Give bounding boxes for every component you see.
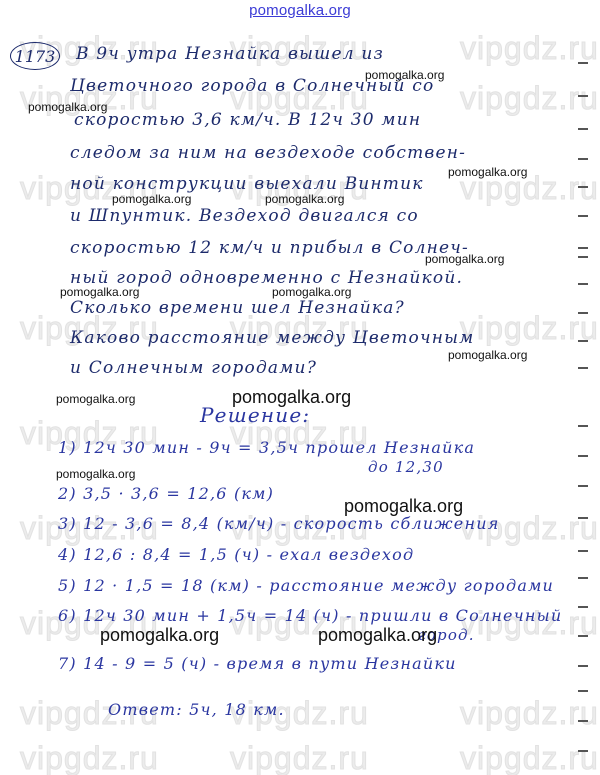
watermark-pomogalka: pomogalka.org: [56, 467, 135, 481]
problem-line: и Солнечным городами?: [70, 358, 317, 378]
watermark-pomogalka: pomogalka.org: [100, 625, 219, 646]
solution-step: 2) 3,5 · 3,6 = 12,6 (км): [58, 484, 274, 503]
problem-line: Сколько времени шел Незнайка?: [70, 298, 405, 318]
margin-tick: [578, 550, 588, 552]
watermark-pomogalka: pomogalka.org: [232, 387, 351, 408]
watermark-vipgdz: vipgdz.ru: [20, 740, 159, 775]
problem-number: 1173: [10, 42, 60, 70]
solution-step: 6) 12ч 30 мин + 1,5ч = 14 (ч) - пришли в…: [58, 606, 562, 625]
watermark-pomogalka: pomogalka.org: [318, 625, 437, 646]
margin-tick: [578, 606, 588, 608]
watermark-pomogalka: pomogalka.org: [344, 496, 463, 517]
solution-step: 5) 12 · 1,5 = 18 (км) - расстояние между…: [58, 576, 554, 595]
answer: Ответ: 5ч, 18 км.: [108, 700, 285, 719]
margin-tick: [578, 215, 588, 217]
problem-line: В 9ч утра Незнайка вышел из: [76, 44, 384, 64]
watermark-pomogalka: pomogalka.org: [265, 192, 344, 206]
watermark-pomogalka: pomogalka.org: [365, 68, 444, 82]
watermark-pomogalka: pomogalka.org: [112, 192, 191, 206]
margin-tick: [578, 158, 588, 160]
problem-line: и Шпунтик. Вездеход двигался со: [70, 206, 419, 226]
watermark-pomogalka: pomogalka.org: [60, 285, 139, 299]
watermark-pomogalka: pomogalka.org: [28, 100, 107, 114]
watermark-pomogalka: pomogalka.org: [448, 348, 527, 362]
margin-tick: [578, 186, 588, 188]
problem-line: скоростью 3,6 км/ч. В 12ч 30 мин: [74, 110, 421, 130]
margin-tick: [578, 425, 588, 427]
margin-tick: [578, 95, 588, 97]
margin-tick: [578, 128, 588, 130]
margin-tick: [578, 690, 588, 692]
solution-step-note: до 12,30: [368, 458, 444, 476]
margin-tick: [578, 665, 588, 667]
watermark-pomogalka: pomogalka.org: [425, 252, 504, 266]
margin-tick: [578, 256, 588, 258]
margin-tick: [578, 367, 588, 369]
margin-tick: [578, 577, 588, 579]
margin-tick: [578, 720, 588, 722]
margin-tick: [578, 517, 588, 519]
margin-tick: [578, 312, 588, 314]
watermark-pomogalka: pomogalka.org: [56, 392, 135, 406]
watermark-pomogalka: pomogalka.org: [272, 285, 351, 299]
margin-tick: [578, 62, 588, 64]
problem-line: скоростью 12 км/ч и прибыл в Солнеч-: [70, 238, 469, 258]
problem-line: ной конструкции выехали Винтик: [70, 174, 424, 194]
solution-step: 7) 14 - 9 = 5 (ч) - время в пути Незнайк…: [58, 654, 457, 673]
solution-step: 4) 12,6 : 8,4 = 1,5 (ч) - ехал вездеход: [58, 545, 414, 564]
watermark-vipgdz: vipgdz.ru: [230, 740, 369, 775]
watermark-vipgdz: vipgdz.ru: [460, 740, 599, 775]
top-watermark-link: pomogalka.org: [0, 2, 600, 19]
watermark-pomogalka: pomogalka.org: [448, 165, 527, 179]
watermark-vipgdz: vipgdz.ru: [460, 695, 599, 732]
problem-line: следом за ним на вездеходе собствен-: [70, 143, 466, 163]
margin-tick: [578, 283, 588, 285]
margin-tick: [578, 247, 588, 249]
solution-step: 1) 12ч 30 мин - 9ч = 3,5ч прошел Незнайк…: [58, 438, 475, 457]
watermark-vipgdz: vipgdz.ru: [460, 80, 599, 117]
margin-tick: [578, 485, 588, 487]
margin-tick: [578, 635, 588, 637]
margin-tick: [578, 750, 588, 752]
problem-line: Каково расстояние между Цветочным: [70, 328, 474, 348]
margin-tick: [578, 340, 588, 342]
margin-tick: [578, 455, 588, 457]
